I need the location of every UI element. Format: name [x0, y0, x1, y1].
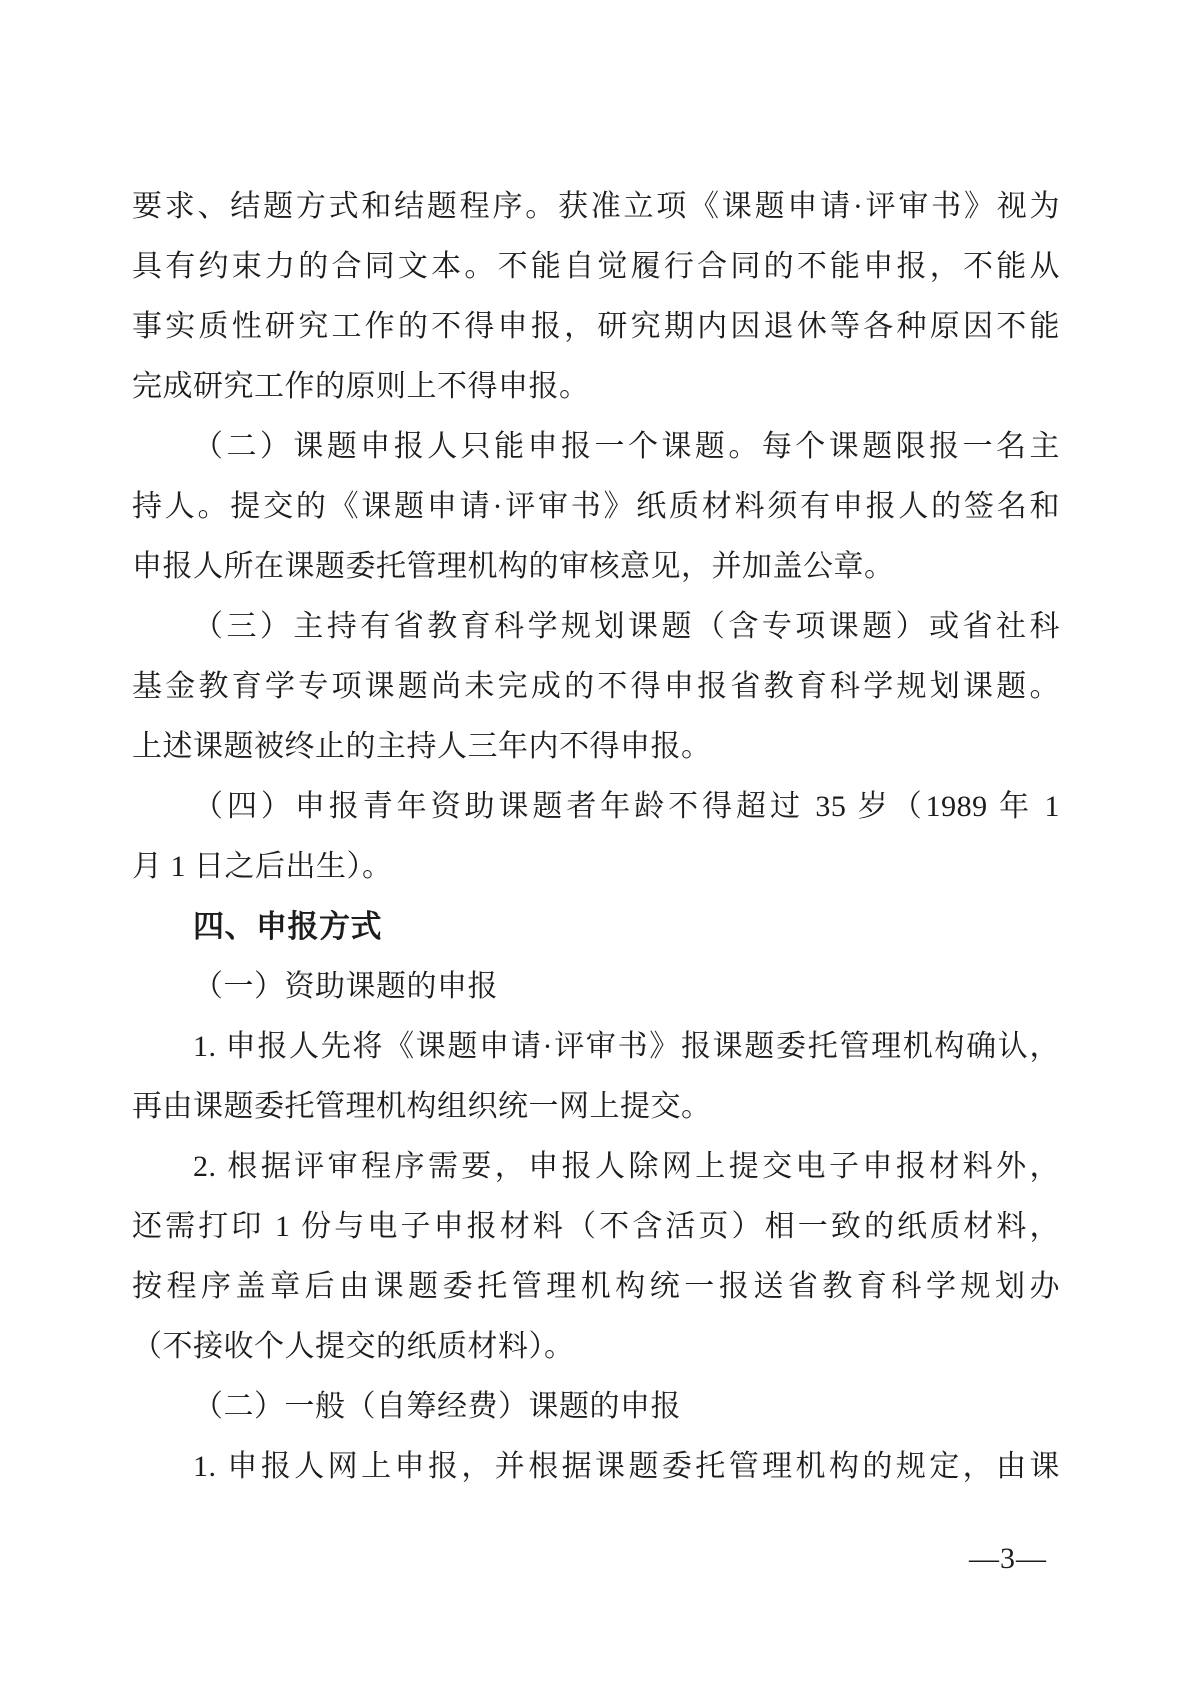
body-line: （三）主持有省教育科学规划课题（含专项课题）或省社科 [132, 597, 1060, 657]
body-line: 再由课题委托管理机构组织统一网上提交。 [132, 1077, 1060, 1137]
body-line: 1. 申报人先将《课题申请·评审书》报课题委托管理机构确认， [132, 1017, 1060, 1077]
body-line: 基金教育学专项课题尚未完成的不得申报省教育科学规划课题。 [132, 657, 1060, 717]
body-line: 申报人所在课题委托管理机构的审核意见，并加盖公章。 [132, 537, 1060, 597]
body-line: （一）资助课题的申报 [132, 957, 1060, 1017]
body-line: （二）课题申报人只能申报一个课题。每个课题限报一名主 [132, 417, 1060, 477]
body-line: （四）申报青年资助课题者年龄不得超过 35 岁（1989 年 1 [132, 777, 1060, 837]
body-line: （二）一般（自筹经费）课题的申报 [132, 1377, 1060, 1437]
document-page: { "page": { "background_color": "#ffffff… [0, 0, 1191, 1684]
body-line: 2. 根据评审程序需要，申报人除网上提交电子申报材料外， [132, 1137, 1060, 1197]
body-line: 持人。提交的《课题申请·评审书》纸质材料须有申报人的签名和 [132, 477, 1060, 537]
body-line: （不接收个人提交的纸质材料）。 [132, 1317, 1060, 1377]
body-line: 上述课题被终止的主持人三年内不得申报。 [132, 717, 1060, 777]
body-line: 还需打印 1 份与电子申报材料（不含活页）相一致的纸质材料， [132, 1197, 1060, 1257]
body-line: 月 1 日之后出生）。 [132, 837, 1060, 897]
body-line: 完成研究工作的原则上不得申报。 [132, 357, 1060, 417]
page-number: —3— [969, 1541, 1047, 1577]
body-line: 按程序盖章后由课题委托管理机构统一报送省教育科学规划办 [132, 1257, 1060, 1317]
body-line: 具有约束力的合同文本。不能自觉履行合同的不能申报，不能从 [132, 237, 1060, 297]
body-line: 事实质性研究工作的不得申报，研究期内因退休等各种原因不能 [132, 297, 1060, 357]
section-heading: 四、申报方式 [132, 897, 1060, 957]
body-line: 1. 申报人网上申报，并根据课题委托管理机构的规定，由课 [132, 1437, 1060, 1497]
document-text-block: 要求、结题方式和结题程序。获准立项《课题申请·评审书》视为 具有约束力的合同文本… [132, 177, 1060, 1497]
body-line: 要求、结题方式和结题程序。获准立项《课题申请·评审书》视为 [132, 177, 1060, 237]
